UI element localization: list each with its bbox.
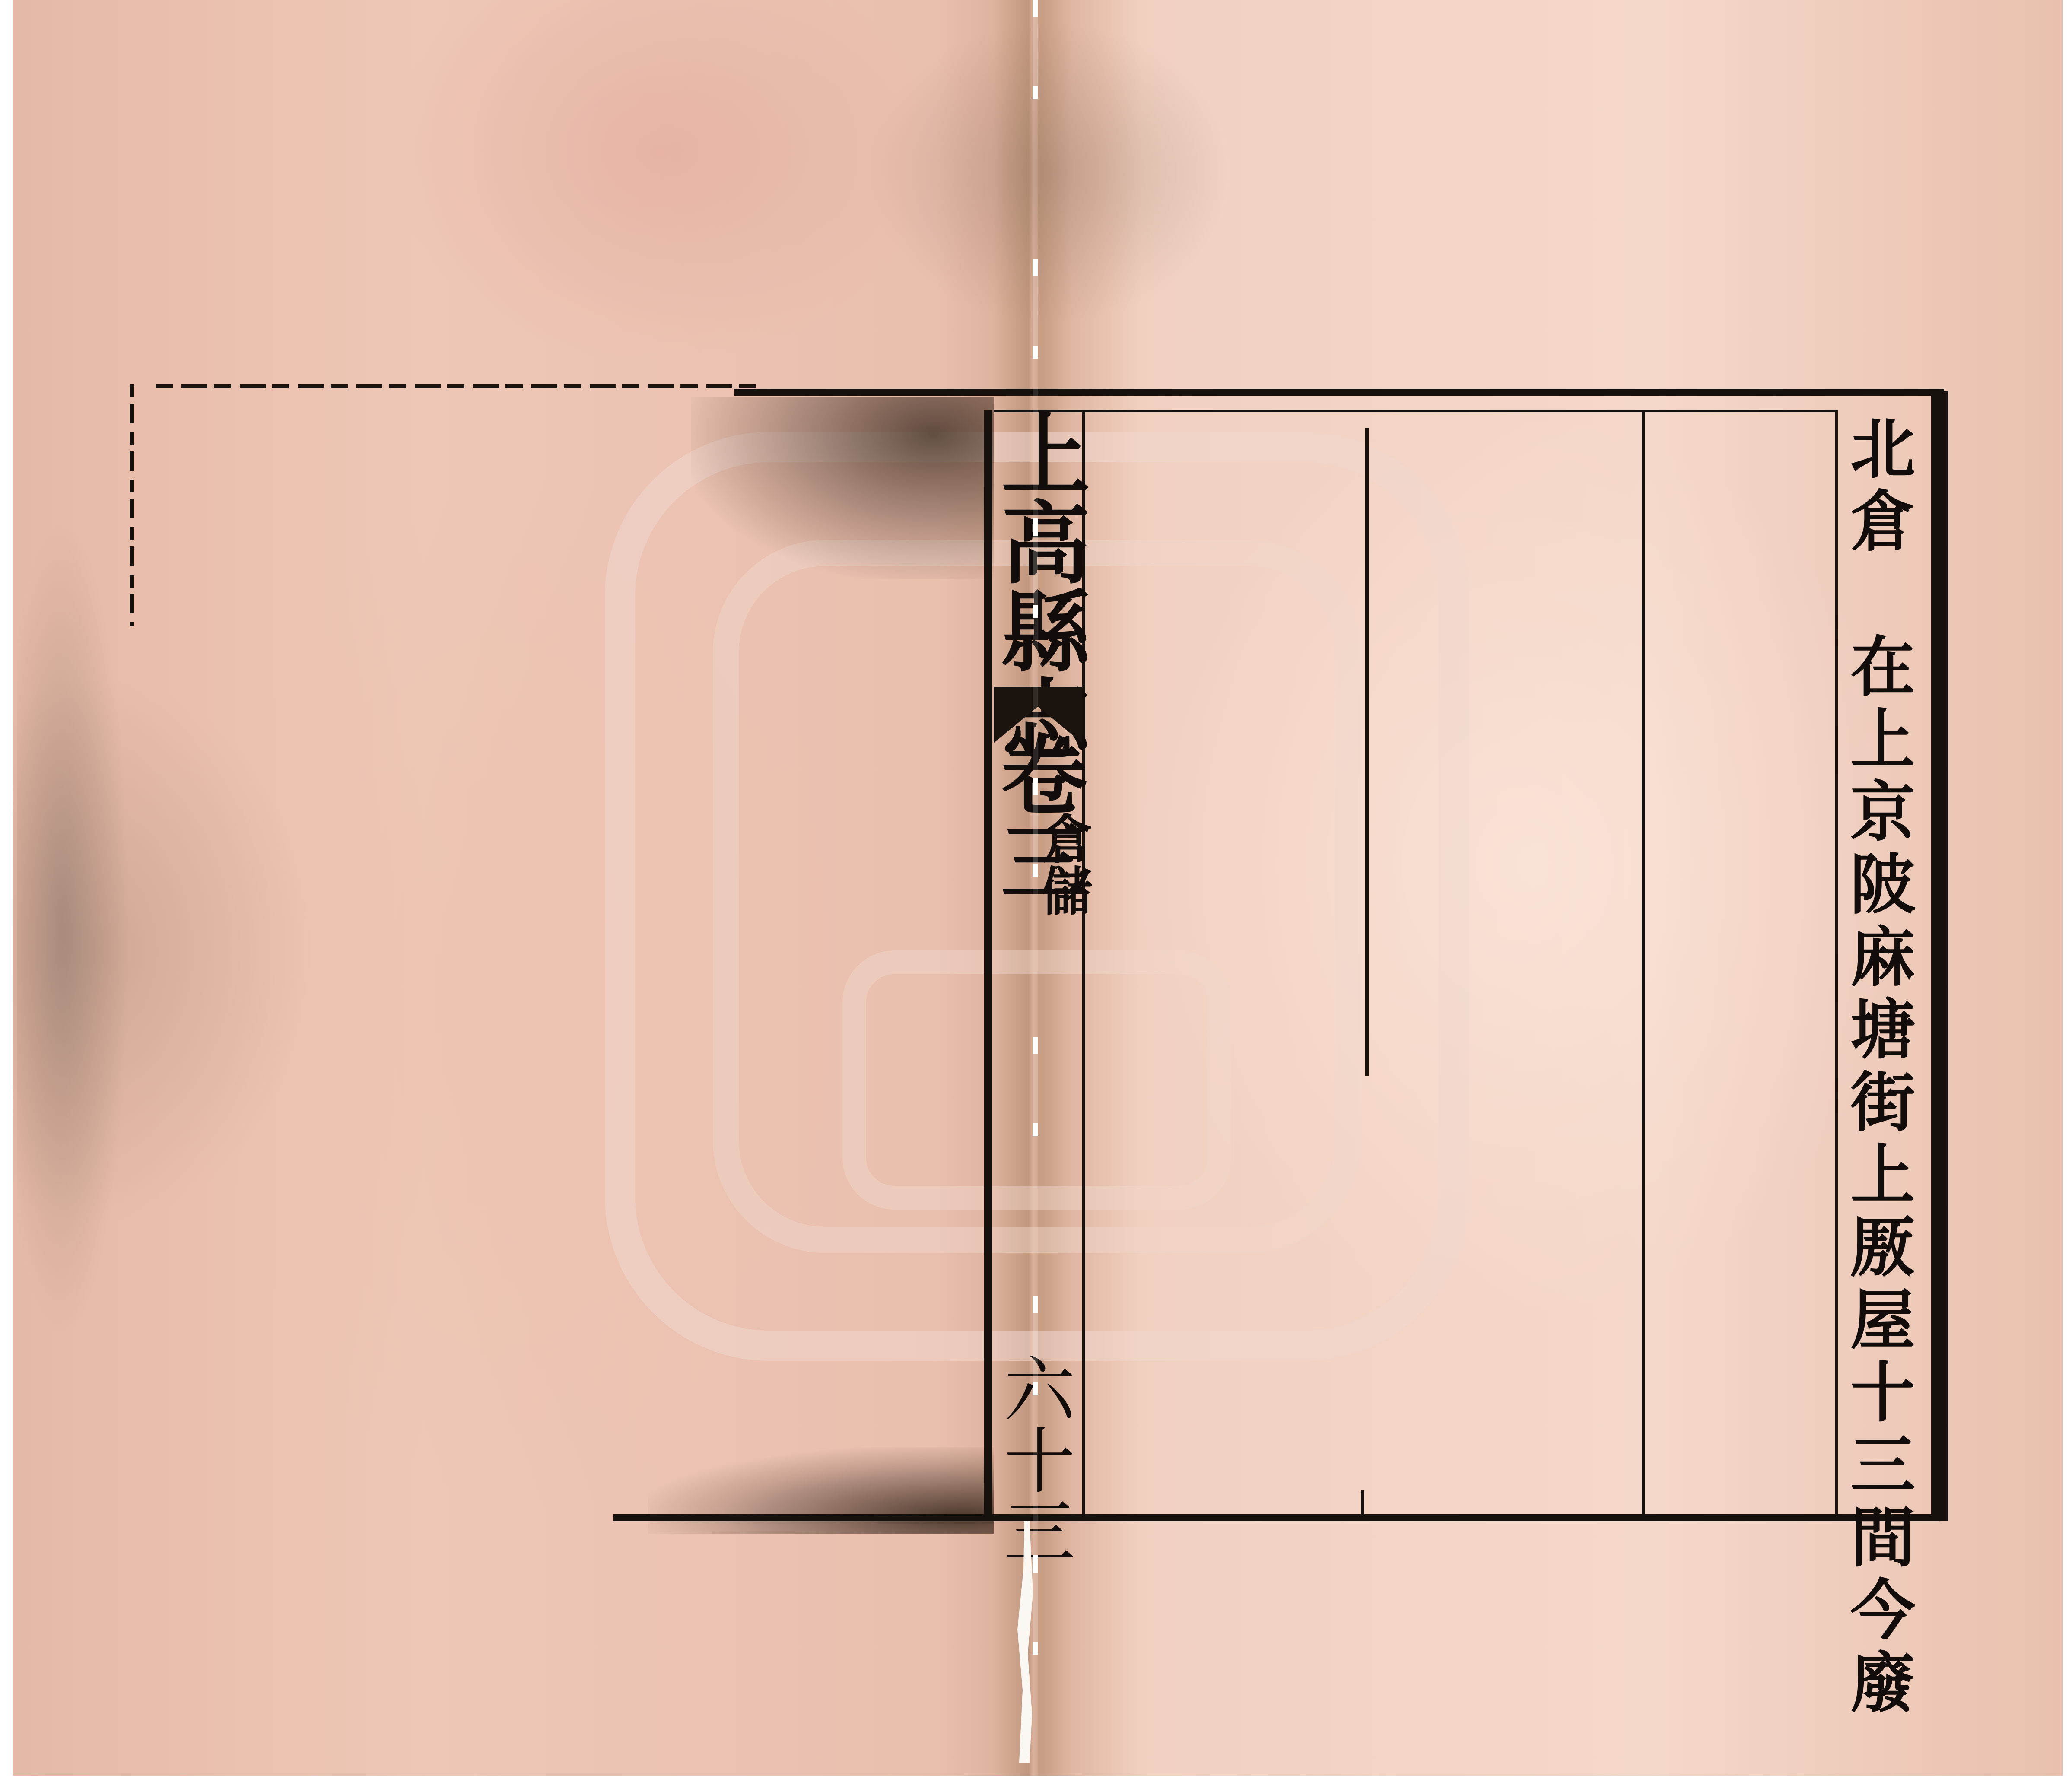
left-page-top-rule: [156, 384, 760, 388]
frame-top-rule: [734, 389, 1944, 396]
ink-bleed-top: [691, 397, 994, 579]
column-rule-1: [1642, 410, 1645, 1516]
banxin-section-title: 倉儲: [1037, 812, 1089, 916]
frame-inner-top-rule: [994, 410, 1836, 412]
stain-left-edge: [17, 518, 130, 1339]
frame-right-border: [1931, 391, 1948, 1521]
spine-tear: [1033, 0, 1038, 1776]
column-rule-2-lower: [1361, 1490, 1364, 1516]
text-column-entry-north-granary: 北倉 在上京陂麻塘街上厫屋十三間今廢: [1845, 415, 1910, 1721]
left-page-left-rule: [130, 384, 134, 626]
frame-bottom-rule: [613, 1514, 1940, 1521]
column-rule-2: [1365, 428, 1369, 1076]
frame-inner-right-rule: [1835, 410, 1838, 1518]
